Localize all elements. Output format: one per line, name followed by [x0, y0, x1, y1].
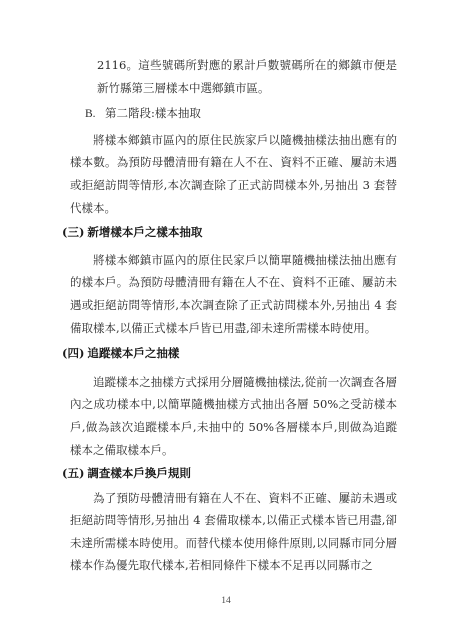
list-item-title: 第二階段:樣本抽取	[105, 106, 201, 120]
section-heading-label: (四)	[62, 346, 84, 360]
section-heading-title: 調查樣本戶換戶規則	[87, 466, 191, 480]
page-text-block: 2116。這些號碼所對應的累計戶數號碼所在的鄉鎮市便是新竹縣第三層樣本中選鄉鎮市…	[0, 0, 452, 577]
section-heading-label: (五)	[62, 466, 84, 480]
page-footer: 14	[0, 595, 452, 607]
list-item-b-second-stage: B.第二階段:樣本抽取	[85, 102, 397, 126]
document-page: 2116。這些號碼所對應的累計戶數號碼所在的鄉鎮市便是新竹縣第三層樣本中選鄉鎮市…	[0, 0, 452, 640]
paragraph-sample-extraction: 將樣本鄉鎮市區內的原住民族家戶以隨機抽樣法抽出應有的樣本數。為預防母體清冊有籍在…	[70, 129, 397, 219]
list-item-label: B.	[85, 103, 105, 126]
section-heading-label: (三)	[62, 225, 84, 239]
section-heading-title: 追蹤樣本戶之抽樣	[87, 346, 179, 360]
paragraph-tracking-sample-households: 追蹤樣本之抽樣方式採用分層隨機抽樣法,從前一次調查各層內之成功樣本中,以簡單隨機…	[70, 371, 397, 461]
section-heading-title: 新增樣本戶之樣本抽取	[87, 225, 202, 239]
section-heading-3-new-sample-households: (三)新增樣本戶之樣本抽取	[62, 221, 397, 244]
page-number: 14	[221, 596, 231, 606]
section-heading-5-household-replacement-rules: (五)調查樣本戶換戶規則	[62, 462, 397, 485]
paragraph-new-sample-households: 將樣本鄉鎮市區內的原住民家戶以簡單隨機抽樣法抽出應有的樣本戶。為預防母體清冊有籍…	[70, 249, 397, 339]
section-heading-4-tracking-sample-households: (四)追蹤樣本戶之抽樣	[62, 342, 397, 365]
paragraph-continued-from-previous-page: 2116。這些號碼所對應的累計戶數號碼所在的鄉鎮市便是新竹縣第三層樣本中選鄉鎮市…	[97, 54, 397, 99]
paragraph-household-replacement-rules: 為了預防母體清冊有籍在人不在、資料不正確、屢訪未遇或拒絕訪問等情形,另抽出 4 …	[70, 487, 397, 577]
